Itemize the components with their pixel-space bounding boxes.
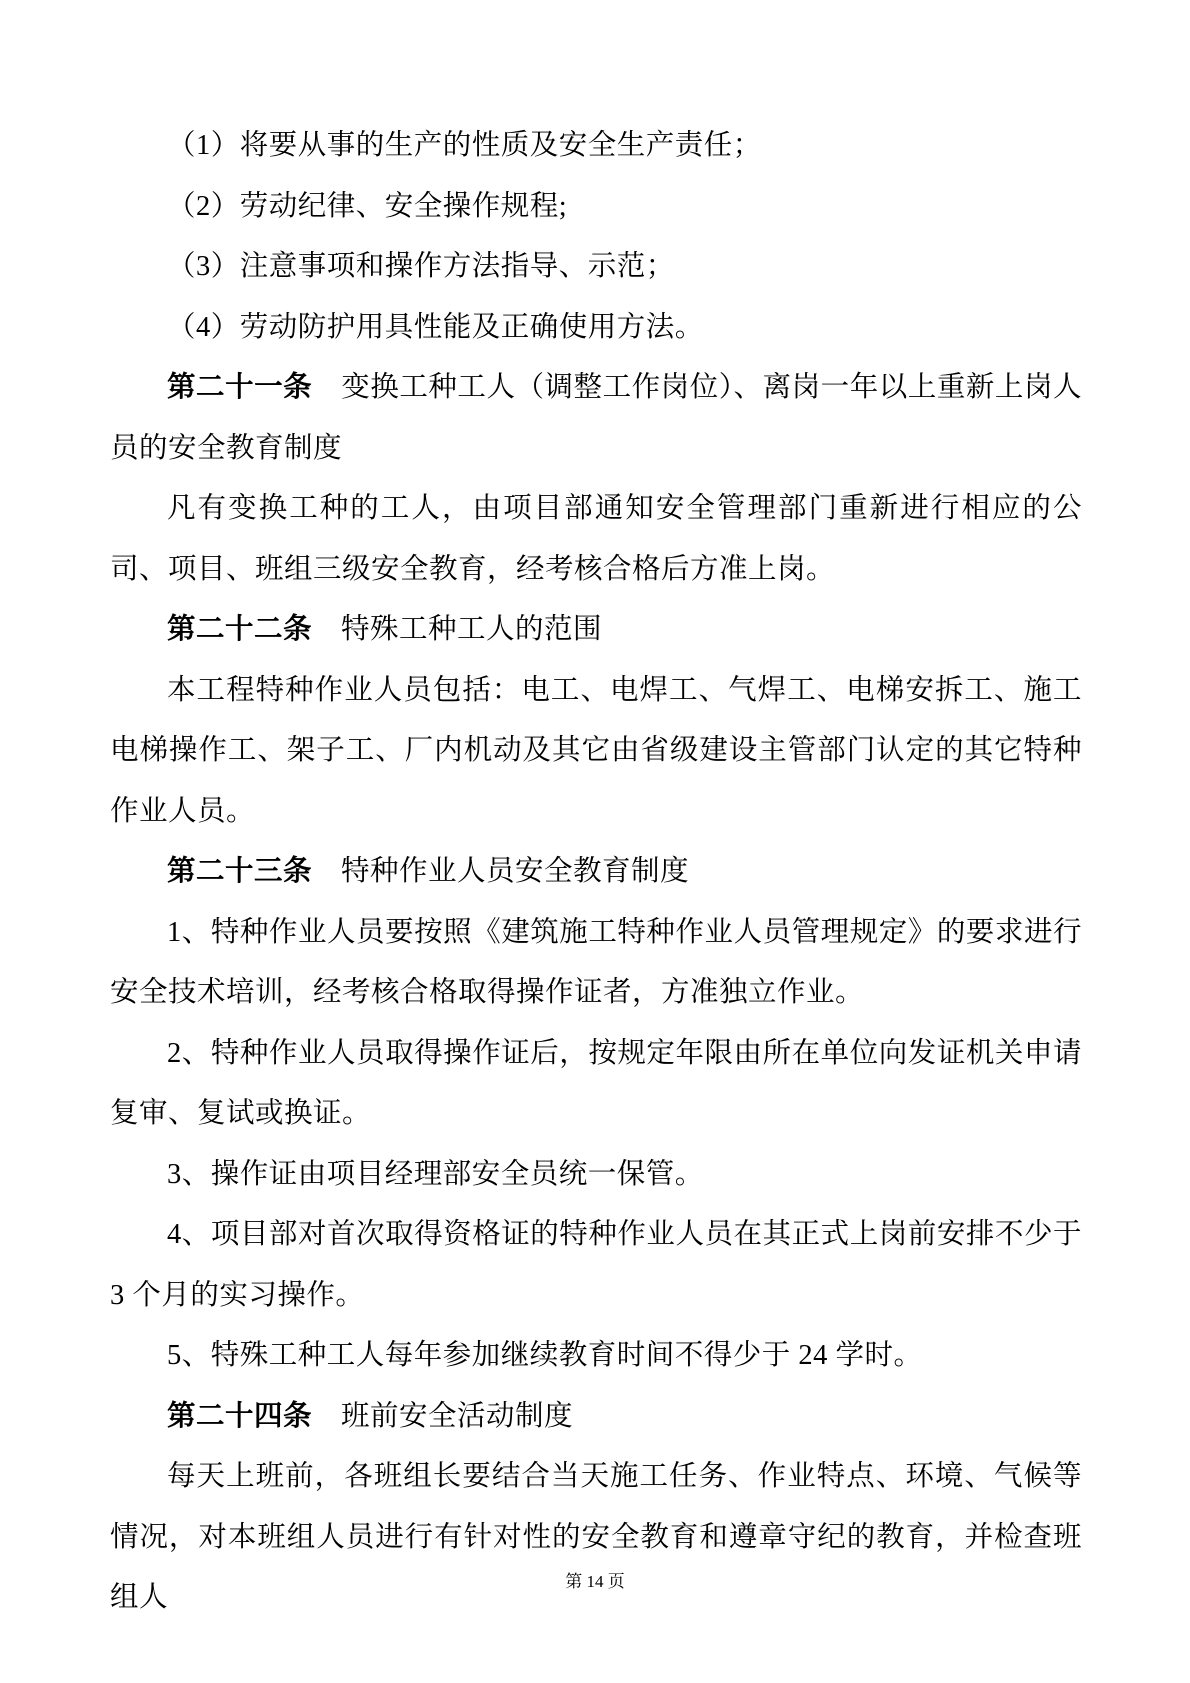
clause-number: 第二十一条 <box>167 372 312 403</box>
clause-number: 第二十二条 <box>167 614 312 645</box>
paragraph-text: （2）劳动纪律、安全操作规程; <box>167 191 567 222</box>
clause-heading-21: 第二十一条 变换工种工人（调整工作岗位）、离岗一年以上重新上岗人员的安全教育制度 <box>110 358 1082 479</box>
paragraph-text: 特殊工种工人的范围 <box>312 614 602 645</box>
numbered-item-5: 5、特殊工种工人每年参加继续教育时间不得少于 24 学时。 <box>110 1326 1082 1387</box>
paragraph-text: 2、特种作业人员取得操作证后，按规定年限由所在单位向发证机关申请复审、复试或换证… <box>110 1038 1082 1130</box>
paragraph-text: 5、特殊工种工人每年参加继续教育时间不得少于 24 学时。 <box>167 1340 923 1371</box>
paragraph-text: （4）劳动防护用具性能及正确使用方法。 <box>167 312 704 343</box>
paragraph-text: （1）将要从事的生产的性质及安全生产责任； <box>167 130 762 161</box>
list-item: （1）将要从事的生产的性质及安全生产责任； <box>110 116 1082 177</box>
clause-number: 第二十四条 <box>167 1401 312 1432</box>
paragraph-text: 3、操作证由项目经理部安全员统一保管。 <box>167 1159 704 1190</box>
list-item: （3）注意事项和操作方法指导、示范； <box>110 237 1082 298</box>
document-body: （1）将要从事的生产的性质及安全生产责任； （2）劳动纪律、安全操作规程; （3… <box>110 116 1082 1629</box>
paragraph-text: 4、项目部对首次取得资格证的特种作业人员在其正式上岗前安排不少于 3 个月的实习… <box>110 1219 1082 1311</box>
list-item: （2）劳动纪律、安全操作规程; <box>110 177 1082 238</box>
clause-heading-23: 第二十三条 特种作业人员安全教育制度 <box>110 842 1082 903</box>
numbered-item-3: 3、操作证由项目经理部安全员统一保管。 <box>110 1145 1082 1206</box>
document-page: （1）将要从事的生产的性质及安全生产责任； （2）劳动纪律、安全操作规程; （3… <box>0 0 1190 1683</box>
numbered-item-1: 1、特种作业人员要按照《建筑施工特种作业人员管理规定》的要求进行安全技术培训，经… <box>110 903 1082 1024</box>
paragraph: 每天上班前，各班组长要结合当天施工任务、作业特点、环境、气候等情况，对本班组人员… <box>110 1447 1082 1629</box>
clause-number: 第二十三条 <box>167 856 312 887</box>
paragraph: 本工程特种作业人员包括：电工、电焊工、气焊工、电梯安拆工、施工电梯操作工、架子工… <box>110 661 1082 843</box>
paragraph-text: （3）注意事项和操作方法指导、示范； <box>167 251 675 282</box>
paragraph-text: 班前安全活动制度 <box>312 1401 573 1432</box>
paragraph-text: 特种作业人员安全教育制度 <box>312 856 689 887</box>
paragraph-text: 1、特种作业人员要按照《建筑施工特种作业人员管理规定》的要求进行安全技术培训，经… <box>110 917 1082 1009</box>
paragraph-text: 凡有变换工种的工人，由项目部通知安全管理部门重新进行相应的公司、项目、班组三级安… <box>110 493 1082 585</box>
numbered-item-2: 2、特种作业人员取得操作证后，按规定年限由所在单位向发证机关申请复审、复试或换证… <box>110 1024 1082 1145</box>
paragraph: 凡有变换工种的工人，由项目部通知安全管理部门重新进行相应的公司、项目、班组三级安… <box>110 479 1082 600</box>
numbered-item-4: 4、项目部对首次取得资格证的特种作业人员在其正式上岗前安排不少于 3 个月的实习… <box>110 1205 1082 1326</box>
clause-heading-24: 第二十四条 班前安全活动制度 <box>110 1387 1082 1448</box>
page-number: 第 14 页 <box>0 1570 1190 1594</box>
paragraph-text: 本工程特种作业人员包括：电工、电焊工、气焊工、电梯安拆工、施工电梯操作工、架子工… <box>110 675 1082 827</box>
clause-heading-22: 第二十二条 特殊工种工人的范围 <box>110 600 1082 661</box>
list-item: （4）劳动防护用具性能及正确使用方法。 <box>110 298 1082 359</box>
